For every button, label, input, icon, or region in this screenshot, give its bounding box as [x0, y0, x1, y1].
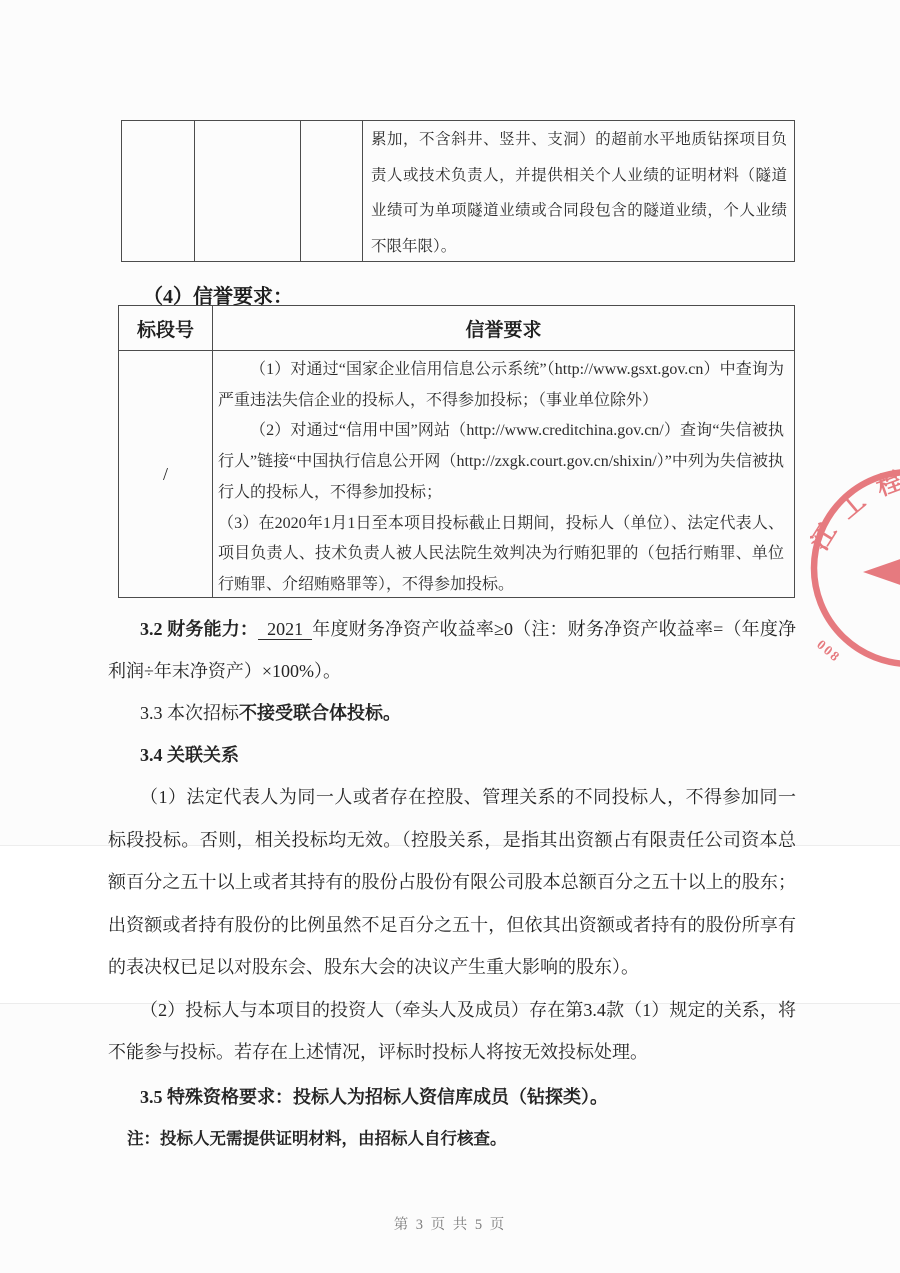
column-header-section-no: 标段号	[119, 306, 213, 350]
section-3-3-bold: 不接受联合体投标。	[239, 703, 401, 723]
credit-item-2: （2）对通过“信用中国”网站（http://www.creditchina.go…	[218, 416, 784, 508]
stamp-arc-char-3: 程	[872, 467, 900, 502]
stamp-star-icon	[863, 520, 900, 625]
section-3-2-label: 3.2 财务能力：	[140, 619, 258, 639]
column-header-credit-requirement: 信誉要求	[213, 306, 794, 350]
table-cell-empty	[122, 121, 195, 261]
table-header-row: 标段号 信誉要求	[119, 306, 794, 351]
section-3-3-prefix: 3.3 本次招标	[140, 703, 239, 723]
official-stamp-icon: 江 工 程 008	[810, 448, 900, 688]
credit-item-3: （3）在2020年1月1日至本项目投标截止日期间，投标人（单位）、法定代表人、项…	[218, 509, 784, 601]
section-3-4-heading: 3.4 关联关系	[108, 734, 796, 776]
paragraph-3-4-2: （2）投标人与本项目的投资人（牵头人及成员）存在第3.4款（1）规定的关系，将不…	[108, 989, 796, 1073]
page-number-footer: 第 3 页 共 5 页	[0, 1213, 900, 1234]
year-underlined: 2021	[258, 619, 312, 640]
document-page: 累加，不含斜井、竖井、支洞）的超前水平地质钻探项目负责人或技术负责人，并提供相关…	[0, 0, 900, 1273]
qualification-table: 累加，不含斜井、竖井、支洞）的超前水平地质钻探项目负责人或技术负责人，并提供相关…	[121, 120, 795, 262]
section-3-3: 3.3 本次招标不接受联合体投标。	[108, 692, 796, 734]
paragraph-3-4-1: （1）法定代表人为同一人或者存在控股、管理关系的不同投标人，不得参加同一标段投标…	[108, 776, 796, 989]
credit-requirements-table: 标段号 信誉要求 / （1）对通过“国家企业信用信息公示系统”（http://w…	[118, 305, 795, 598]
qualification-continuation-text: 累加，不含斜井、竖井、支洞）的超前水平地质钻探项目负责人或技术负责人，并提供相关…	[363, 121, 794, 261]
stamp-serial-number: 008	[814, 637, 844, 665]
table-cell-empty	[301, 121, 363, 261]
note-line: 注：投标人无需提供证明材料，由招标人自行核查。	[108, 1120, 796, 1157]
table-cell-empty	[195, 121, 301, 261]
credit-requirement-cell: （1）对通过“国家企业信用信息公示系统”（http://www.gsxt.gov…	[213, 351, 794, 597]
section-3-5: 3.5 特殊资格要求：投标人为招标人资信库成员（钻探类）。	[108, 1076, 796, 1118]
section-3-2: 3.2 财务能力：2021年度财务净资产收益率≥0（注：财务净资产收益率=（年度…	[108, 608, 796, 692]
credit-item-1: （1）对通过“国家企业信用信息公示系统”（http://www.gsxt.gov…	[218, 355, 784, 416]
stamp-arc-char-2: 工	[835, 488, 872, 525]
section-no-cell: /	[119, 351, 213, 597]
table-body-row: / （1）对通过“国家企业信用信息公示系统”（http://www.gsxt.g…	[119, 351, 794, 597]
